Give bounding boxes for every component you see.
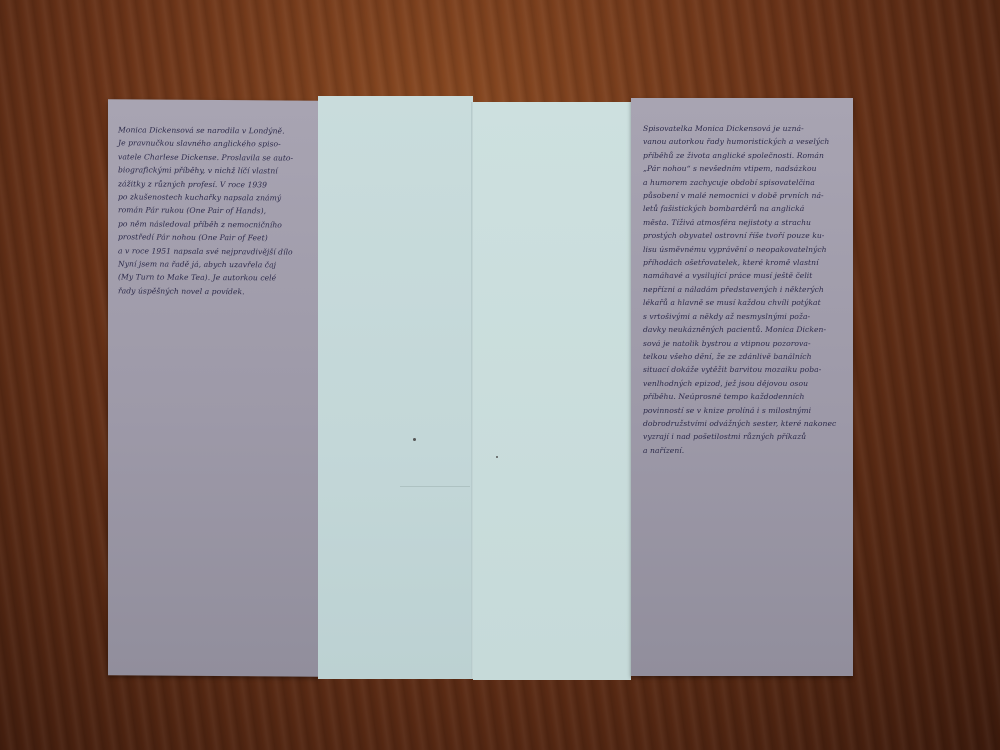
text-line: dobrodružstvími odvážných sester, které … xyxy=(643,417,839,430)
text-line: Spisovatelka Monica Dickensová je uzná- xyxy=(643,122,839,135)
text-line: vyzrají i nad pošetilostmi různých příka… xyxy=(643,430,839,443)
text-line: sová je natolik bystrou a vtipnou pozoro… xyxy=(643,337,839,350)
text-line: povinností se v knize prolíná i s milost… xyxy=(643,404,839,417)
text-line: venlhodných epizod, jež jsou dějovou oso… xyxy=(643,377,839,390)
text-line: lisu úsměvnému vyprávění o neopakovateln… xyxy=(643,243,839,256)
text-line: s vrtošivými a někdy až nesmyslnými poža… xyxy=(643,310,839,323)
text-line: vatele Charlese Dickense. Proslavila se … xyxy=(118,150,308,165)
speck xyxy=(496,456,498,458)
right-flap: Spisovatelka Monica Dickensová je uzná- … xyxy=(631,98,853,676)
inside-left-panel xyxy=(318,96,473,679)
text-line: Je pravnučkou slavného anglického spiso- xyxy=(118,137,308,152)
text-line: biografickými příběhy, v nichž líčí vlas… xyxy=(118,164,308,179)
text-line: působení v malé nemocnici v době prvních… xyxy=(643,189,839,202)
text-line: a nařízení. xyxy=(643,444,839,457)
speck xyxy=(413,438,416,441)
text-line: po zkušenostech kuchařky napsala známý xyxy=(118,190,308,205)
text-line: a humorem zachycuje období spisovatelčin… xyxy=(643,176,839,189)
text-line: po něm následoval příběh z nemocničního xyxy=(118,217,308,232)
text-line: situací dokáže vytěžit barvitou mozaiku … xyxy=(643,363,839,376)
text-line: vanou autorkou řady humoristických a ves… xyxy=(643,135,839,148)
text-line: prostředí Pár nohou (One Pair of Feet) xyxy=(118,231,308,246)
text-line: lékařů a hlavně se musí každou chvíli po… xyxy=(643,296,839,309)
text-line: zážitky z různých profesí. V roce 1939 xyxy=(118,177,308,192)
text-line: davky neukázněných pacientů. Monica Dick… xyxy=(643,323,839,336)
text-line: Monica Dickensová se narodila v Londýně. xyxy=(118,123,308,138)
left-flap-text: Monica Dickensová se narodila v Londýně.… xyxy=(118,123,308,299)
text-line: prostých obyvatel ostrovní říše tvoří po… xyxy=(643,229,839,242)
faint-impression-mark xyxy=(400,426,470,487)
text-line: (My Turn to Make Tea). Je autorkou celé xyxy=(118,271,308,286)
text-line: „Pár nohou“ s nevšedním vtipem, nadsázko… xyxy=(643,162,839,175)
text-line: román Pár rukou (One Pair of Hands), xyxy=(118,204,308,219)
text-line: příběhů ze života anglické společnosti. … xyxy=(643,149,839,162)
text-line: Nyní jsem na řadě já, abych uzavřela čaj xyxy=(118,257,308,272)
text-line: telkou všeho dění, že ze zdánlivě banáln… xyxy=(643,350,839,363)
text-line: města. Tíživá atmosféra nejistoty a stra… xyxy=(643,216,839,229)
right-flap-text: Spisovatelka Monica Dickensová je uzná- … xyxy=(643,122,839,457)
text-line: a v roce 1951 napsala své nejpravdivější… xyxy=(118,244,308,259)
text-line: namáhavé a vysilující práce musí ještě č… xyxy=(643,269,839,282)
text-line: řady úspěšných novel a povídek. xyxy=(118,284,308,299)
left-flap: Monica Dickensová se narodila v Londýně.… xyxy=(108,99,318,676)
text-line: letů fašistických bombardérů na anglická xyxy=(643,202,839,215)
text-line: příběhu. Neúprosné tempo každodenních xyxy=(643,390,839,403)
book-dust-jacket: Monica Dickensová se narodila v Londýně.… xyxy=(108,96,853,681)
text-line: nepřízni a náladám představených i někte… xyxy=(643,283,839,296)
text-line: příhodách ošetřovatelek, které kromě vla… xyxy=(643,256,839,269)
inside-right-panel xyxy=(473,102,631,680)
